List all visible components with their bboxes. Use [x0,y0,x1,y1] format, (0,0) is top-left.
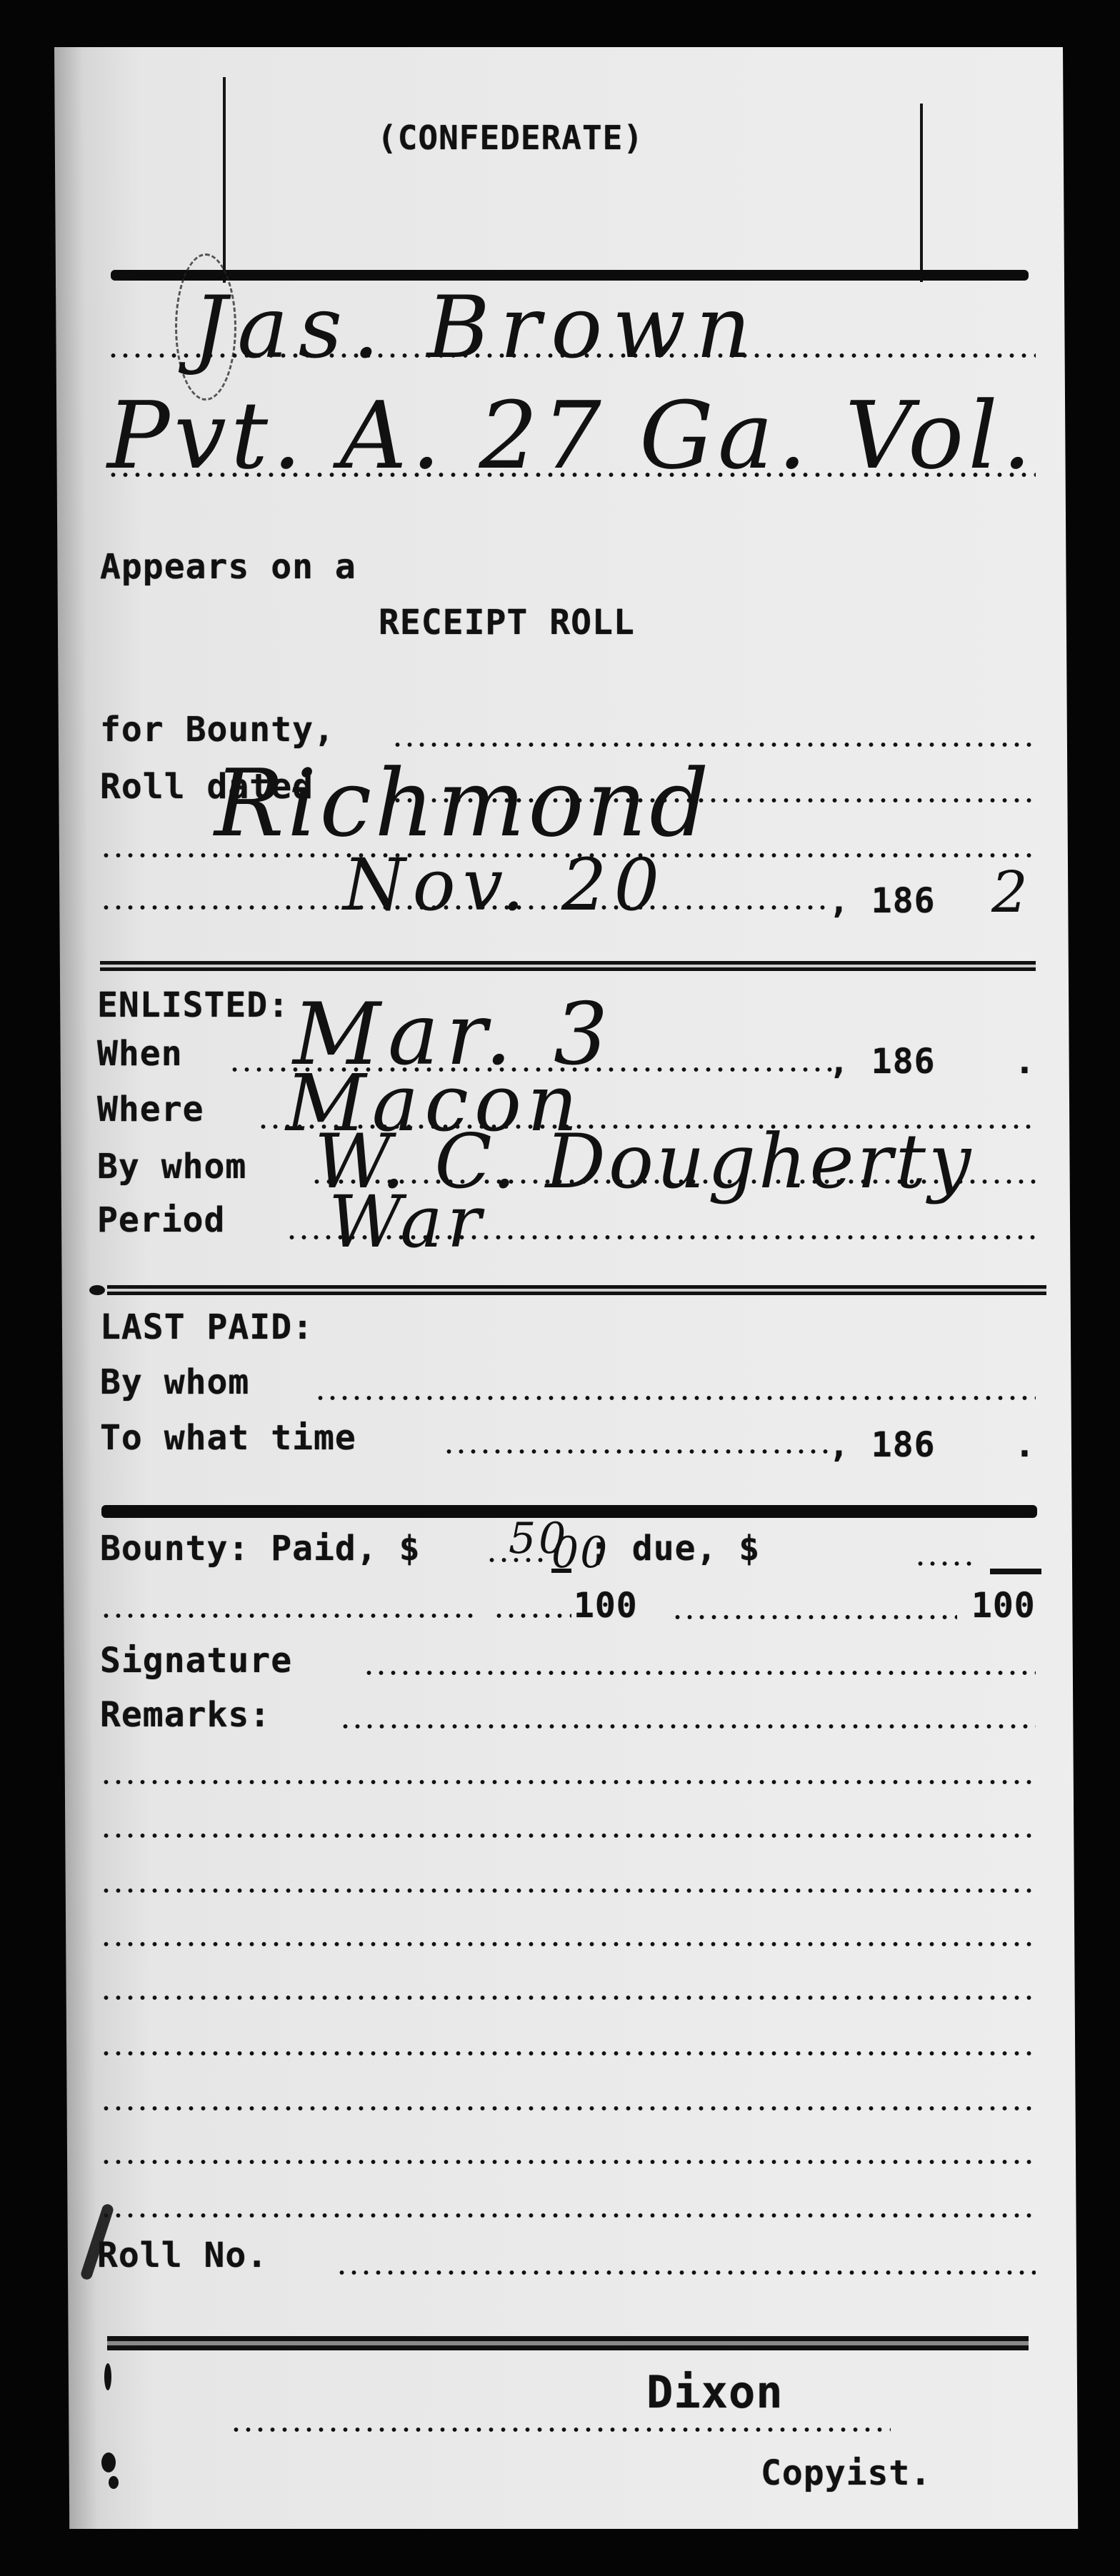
copyist-name: Dixon [646,2370,784,2415]
enlisted-by-whom-label: By whom [97,1149,246,1184]
remarks-line-6 [100,2051,1036,2056]
signature-label: Signature [100,1644,292,1678]
roll-no-dotted-line [336,2270,1036,2275]
copyist-label: Copyist. [761,2456,931,2490]
header-left-rule [223,77,226,283]
remarks-line-9 [100,2213,1036,2218]
divider-bounty [101,1505,1037,1518]
soldier-name: Jas. Brown [193,286,761,371]
remarks-line-5 [100,1996,1036,2000]
divider-last-paid [107,1285,1046,1295]
bounty-label: Bounty: Paid, $ [100,1531,420,1566]
roll-place: Richmond [214,757,711,850]
roll-year: , 186 [829,884,936,918]
bounty-denominator-dotted-line-right [671,1615,957,1619]
edge-mark-1 [104,2363,111,2390]
divider-enlisted [100,961,1036,971]
edge-mark-2 [101,2452,116,2472]
signature-dotted-line [363,1671,1036,1675]
enlisted-when-label: When [97,1037,183,1071]
divider-copyist [107,2336,1029,2350]
bounty-due-label: ; due, $ [589,1531,760,1566]
roll-no-label: Roll No. [97,2238,268,2273]
enlisted-heading: ENLISTED: [97,988,289,1022]
enlisted-where-label: Where [97,1092,204,1127]
bounty-due-denominator: 100 [971,1589,1036,1623]
last-paid-heading: LAST PAID: [100,1310,314,1344]
bounty-denominator-dotted-line-mid [493,1614,571,1618]
confederate-header: (CONFEDERATE) [377,121,644,154]
remarks-line-2 [100,1833,1036,1838]
bounty-denominator-dotted-line-left [100,1614,475,1618]
header-right-rule [920,104,923,282]
remarks-line-1 [100,1780,1036,1784]
enlisted-period-value: War [329,1187,486,1258]
roll-year-digit: 2 [991,864,1028,921]
unit-dotted-line [107,473,1036,477]
bounty-due-underline [990,1569,1041,1574]
enlisted-period-label: Period [97,1203,225,1237]
ink-blot [89,1285,105,1295]
for-dotted-line [391,743,1036,747]
remarks-line-8 [100,2160,1036,2164]
bounty-paid-denominator: 100 [574,1589,638,1623]
remarks-dotted-line [339,1724,1036,1729]
cents-underline [551,1569,571,1573]
last-paid-by-whom-dotted-line [314,1396,1036,1400]
for-bounty-label: for Bounty, [100,713,335,747]
copyist-dotted-line [230,2427,891,2432]
soldier-rank-unit: Pvt. A. 27 Ga. Vol. [107,389,1036,482]
roll-type: RECEIPT ROLL [379,605,635,640]
last-paid-year-end: . [1014,1428,1036,1462]
remarks-line-7 [100,2106,1036,2110]
remarks-label: Remarks: [100,1698,271,1732]
roll-date-dotted-line [100,905,829,910]
appears-on-label: Appears on a [100,550,356,584]
remarks-line-4 [100,1942,1036,1946]
last-paid-year: , 186 [829,1428,936,1462]
to-what-time-dotted-line [443,1449,829,1454]
enlisted-when-year: , 186 [829,1045,936,1079]
name-dotted-line [107,353,1036,358]
remarks-line-3 [100,1888,1036,1893]
edge-mark-3 [109,2476,119,2489]
to-what-time-label: To what time [100,1421,356,1455]
bounty-due-dotted-line [914,1561,979,1566]
roll-date: Nov. 20 [343,850,666,921]
enlisted-when-year-end: . [1014,1045,1036,1079]
last-paid-by-whom-label: By whom [100,1365,249,1399]
